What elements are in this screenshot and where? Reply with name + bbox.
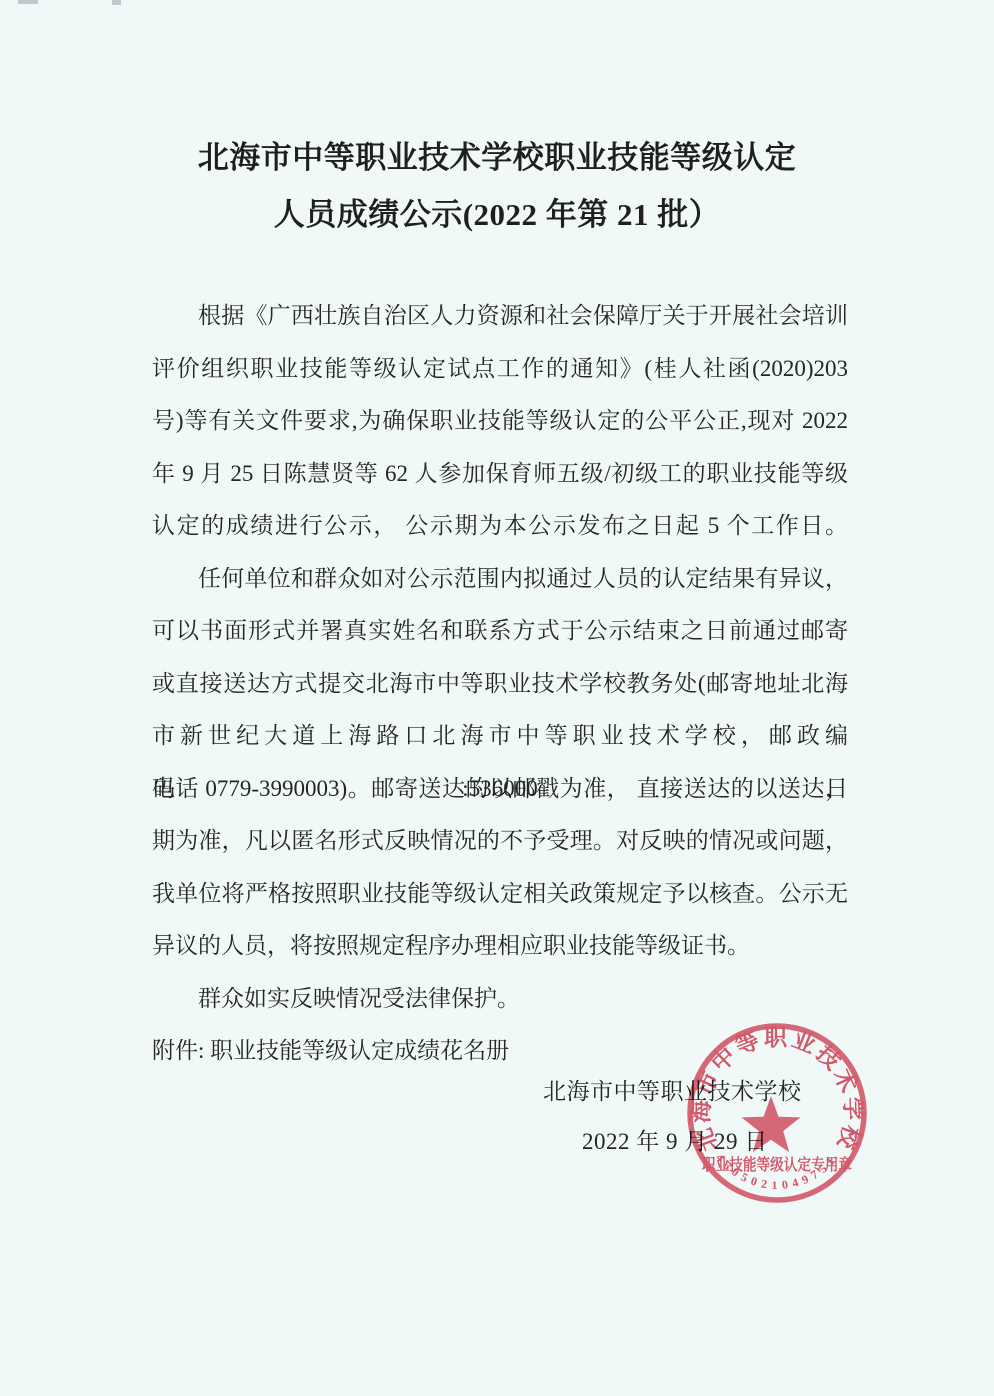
document-body: 根据《广西壮族自治区人力资源和社会保障厅关于开展社会培训 评价组织职业技能等级认…: [152, 290, 848, 1078]
document-title-line1: 北海市中等职业技术学校职业技能等级认定: [0, 132, 994, 177]
body-line: 我单位将严格按照职业技能等级认定相关政策规定予以核查。公示无: [152, 868, 848, 921]
scan-artifact: [112, 0, 121, 5]
star-icon: [742, 1096, 801, 1152]
official-red-stamp: 北海市中等职业技术学校 职业技能等级认定专用章 4505021049751: [677, 1013, 877, 1213]
body-line: 评价组织职业技能等级认定试点工作的通知》(桂人社函(2020)203: [152, 343, 848, 396]
body-line: 期为准，凡以匿名形式反映情况的不予受理。对反映的情况或问题，: [152, 815, 848, 868]
scan-artifact: [18, 0, 38, 4]
body-line: 号)等有关文件要求,为确保职业技能等级认定的公平公正,现对 2022: [152, 395, 848, 448]
document-page: 北海市中等职业技术学校职业技能等级认定 人员成绩公示(2022 年第 21 批）…: [0, 0, 994, 1396]
body-line: 任何单位和群众如对公示范围内拟通过人员的认定结果有异议，: [152, 553, 848, 606]
body-line: 可以书面形式并署真实姓名和联系方式于公示结束之日前通过邮寄: [152, 605, 848, 658]
body-line: 异议的人员，将按照规定程序办理相应职业技能等级证书。: [152, 920, 848, 973]
body-line: 认定的成绩进行公示， 公示期为本公示发布之日起 5 个工作日。: [152, 500, 848, 553]
document-title-line2: 人员成绩公示(2022 年第 21 批）: [0, 189, 994, 234]
body-line: 根据《广西壮族自治区人力资源和社会保障厅关于开展社会培训: [152, 290, 848, 343]
body-line: 市新世纪大道上海路口北海市中等职业技术学校，邮政编码:536000，: [152, 710, 848, 763]
body-line: 或直接送达方式提交北海市中等职业技术学校教务处(邮寄地址北海: [152, 658, 848, 711]
body-line: 电话 0779-3990003)。邮寄送达的以邮戳为准， 直接送达的以送达日: [152, 763, 848, 816]
body-line: 年 9 月 25 日陈慧贤等 62 人参加保育师五级/初级工的职业技能等级: [152, 448, 848, 501]
